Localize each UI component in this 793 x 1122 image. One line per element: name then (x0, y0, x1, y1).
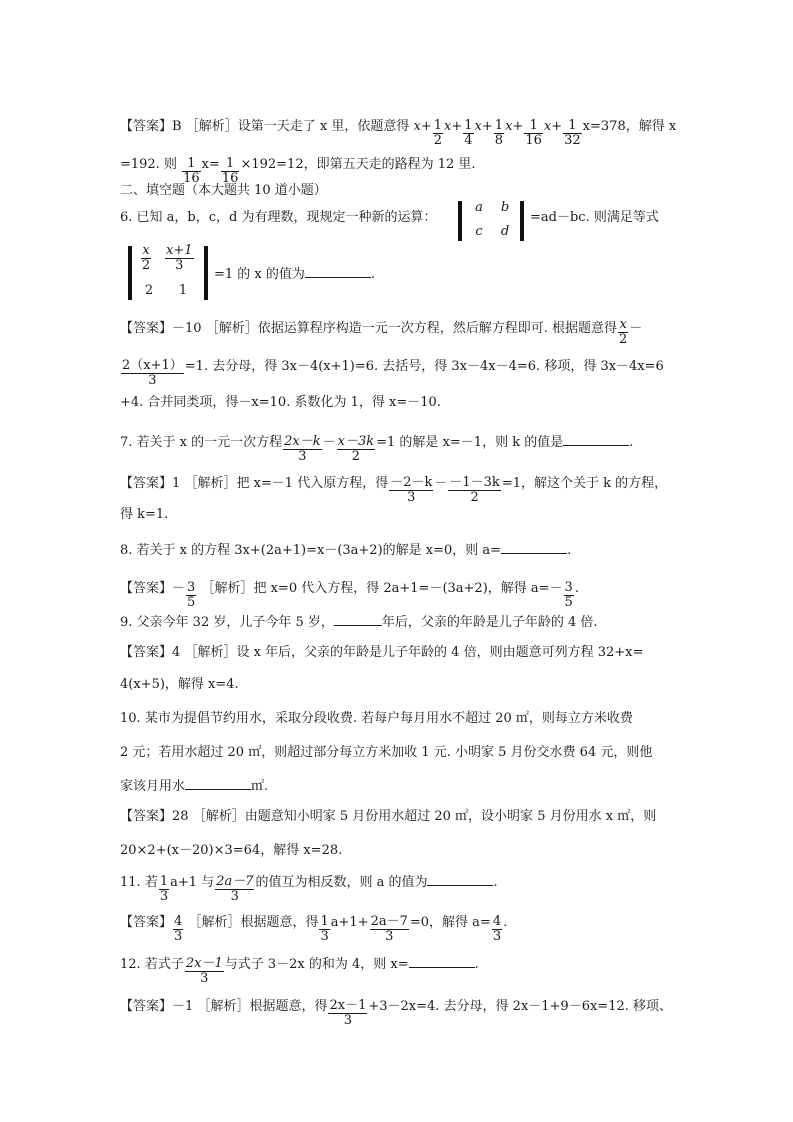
answer-blank (305, 265, 371, 278)
determinant-definition-result: =ad－bc. 则满足等式 (530, 210, 659, 226)
determinant-equation: x2 x+13 2 1 (128, 244, 208, 302)
question-10-line3: 家该月用水㎡. (120, 777, 268, 795)
question-6: 6. 已知 a，b，c，d 为有理数，现规定一种新的运算： (120, 210, 437, 226)
q6-answer-line3: +4. 合并同类项，得－x=10. 系数化为 1，得 x=－10. (120, 395, 441, 411)
answer-blank (427, 873, 493, 886)
question-9: 9. 父亲今年 32 岁，儿子今年 5 岁，年后，父亲的年龄是儿子年龄的 4 倍… (120, 613, 598, 631)
question-7: 7. 若关于 x 的一元一次方程2x－k3－x－3k2=1 的解是 x=－1，则… (120, 428, 633, 457)
determinant-bar-left (458, 201, 462, 241)
q6-answer-line2: 2（x+1）3=1. 去分母，得 3x－4(x+1)=6. 去括号，得 3x－4… (120, 352, 664, 381)
q9-answer-line2: 4(x+5)，解得 x=4. (120, 677, 239, 693)
section-heading: 二、填空题（本大题共 10 道小题） (120, 183, 327, 199)
q6-answer-line1: 【答案】－10 ［解析］依据运算程序构造一元一次方程，然后解方程即可. 根据题意… (120, 314, 642, 343)
q7-answer-line2: 得 k=1. (120, 507, 168, 523)
answer-blank (409, 955, 475, 968)
fraction: 12 (433, 119, 443, 148)
analysis-label: ［解析］ (186, 119, 238, 134)
q5-answer-line1: 【答案】B ［解析］设第一天走了 x 里，依题意得 x+12x+14x+18x+… (120, 112, 676, 141)
question-12: 12. 若式子2x－13与式子 3－2x 的和为 4，则 x=. (120, 950, 479, 979)
answer-blank (185, 777, 251, 790)
q9-answer-line1: 【答案】4 ［解析］设 x 年后，父亲的年龄是儿子年龄的 4 倍，则由题意可列方… (120, 645, 643, 661)
answer-blank (501, 541, 567, 554)
answer-blank (334, 613, 382, 626)
question-11: 11. 若13a+1 与2a－73的值互为相反数，则 a 的值为. (120, 868, 498, 897)
q8-answer: 【答案】－35 ［解析］把 x=0 代入方程，得 2a+1=－(3a+2)，解得… (120, 574, 579, 603)
question-10-line2: 2 元；若用水超过 20 ㎡，则超过部分每立方米加收 1 元. 小明家 5 月份… (120, 745, 652, 761)
q10-answer-line2: 20×2+(x－20)×3=64，解得 x=28. (120, 843, 342, 859)
q12-answer: 【答案】－1 ［解析］根据题意，得2x－13+3－2x=4. 去分母，得 2x－… (120, 992, 672, 1021)
answer-blank (563, 433, 629, 446)
determinant-bar-right (520, 201, 524, 241)
question-10-line1: 10. 某市为提倡节约用水，采取分段收费. 若每户每月用水不超过 20 ㎡，则每… (120, 711, 633, 727)
question-8: 8. 若关于 x 的方程 3x+(2a+1)=x－(3a+2)的解是 x=0，则… (120, 541, 571, 559)
determinant-bar-right (204, 246, 208, 300)
determinant-definition: a b c d (458, 199, 528, 243)
answer-label: 【答案】 (120, 119, 172, 134)
question-6-equation-end: =1 的 x 的值为. (214, 265, 375, 283)
q11-answer: 【答案】43 ［解析］根据题意，得13a+1+2a－73=0，解得 a=43. (120, 908, 507, 937)
q5-answer-line2: =192. 则 116x=116×192=12，即第五天走的路程为 12 里. (120, 150, 476, 179)
determinant-bar-left (128, 246, 132, 300)
q10-answer-line1: 【答案】28 ［解析］由题意知小明家 5 月份用水超过 20 ㎡，设小明家 5 … (120, 809, 656, 825)
q7-answer-line1: 【答案】1 ［解析］把 x=－1 代入原方程，得－2－k3－－1－3k2=1，解… (120, 469, 667, 498)
